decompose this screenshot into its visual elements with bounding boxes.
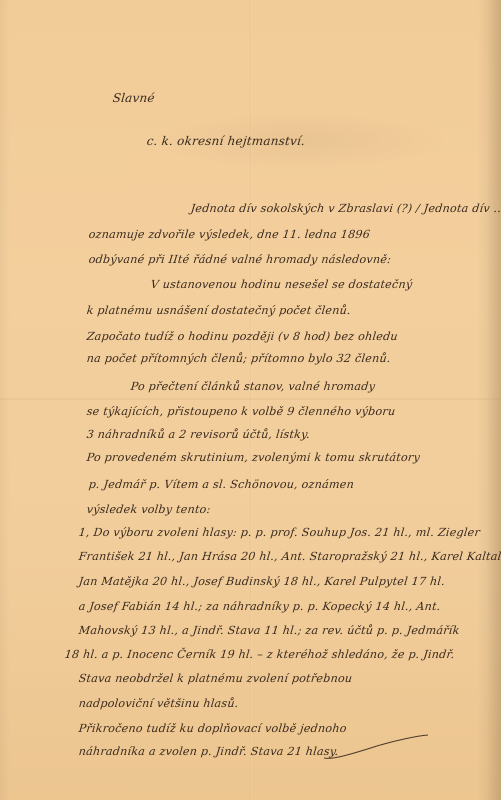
salutation: Slavné [112,91,156,105]
paper-edge-shadow [487,0,501,800]
body-line: výsledek volby tento: [86,503,211,516]
body-line: se týkajících, přistoupeno k volbě 9 čle… [86,405,396,418]
body-line: Po provedeném skrutinium, zvolenými k to… [86,451,421,464]
body-line: Jan Matějka 20 hl., Josef Budinský 18 hl… [78,575,446,588]
body-line: náhradníka a zvolen p. Jindř. Stava 21 h… [78,745,339,758]
body-line: nadpoloviční většinu hlasů. [78,697,239,710]
body-line: na počet přítomných členů; přítomno bylo… [86,352,391,365]
body-line: Přikročeno tudíž ku doplňovací volbě jed… [78,722,347,735]
body-line: p. Jedmář p. Vítem a sl. Schönovou, ozná… [88,478,355,491]
body-line: a Josef Fabián 14 hl.; za náhradníky p. … [78,600,441,613]
body-line: 18 hl. a p. Inocenc Černík 19 hl. – z kt… [64,648,455,661]
body-line: Započato tudíž o hodinu později (v 8 hod… [86,330,399,343]
body-line: František 21 hl., Jan Hrása 20 hl., Ant.… [78,550,501,563]
body-line: Mahovský 13 hl., a Jindř. Stava 11 hl.; … [78,624,460,637]
body-line: odbývané při IIté řádné valné hromady ná… [88,253,392,266]
signature-flourish-icon [322,732,432,762]
letter-page: Slavné c. k. okresní hejtmanství. Jednot… [0,0,501,800]
addressee: c. k. okresní hejtmanství. [146,134,306,148]
body-line: Po přečtení článků stanov, valné hromady [130,380,376,393]
body-line: 1, Do výboru zvoleni hlasy: p. p. prof. … [78,526,481,539]
body-line: 3 náhradníků a 2 revisorů účtů, lístky. [86,428,311,441]
paper-fold-horizontal [0,398,501,400]
body-line: oznamuje zdvořile výsledek, dne 11. ledn… [88,228,371,241]
body-line: Stava neobdržel k platnému zvolení potře… [78,672,353,685]
body-line: k platnému usnášení dostatečný počet čle… [86,304,351,317]
body-line: V ustanovenou hodinu nesešel se dostateč… [150,278,413,291]
body-line: Jednota dív sokolských v Zbraslavi (?) /… [190,202,501,215]
